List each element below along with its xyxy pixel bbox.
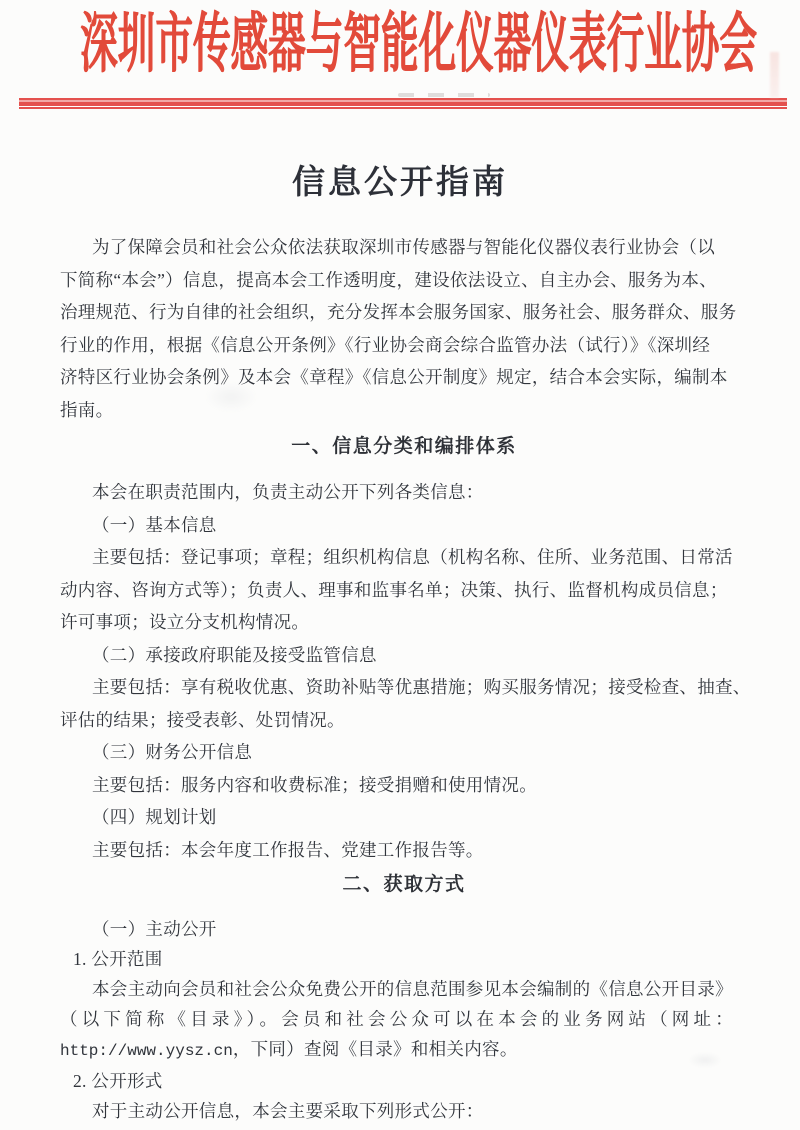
url-line-rest: ，下同）查阅《目录》和相关内容。 xyxy=(233,1039,518,1059)
text-line: 指南。 xyxy=(60,394,748,427)
section-1-body: 本会在职责范围内，负责主动公开下列各类信息： （一）基本信息 主要包括：登记事项… xyxy=(60,476,748,866)
text-line: 本会主动向会员和社会公众免费公开的信息范围参见本会编制的《信息公开目录》 xyxy=(60,974,748,1004)
text-line: 济特区行业协会条例》及本会《章程》《信息公开制度》规定，结合本会实际，编制本 xyxy=(60,361,748,394)
website-url-text: http://www.yysz.cn xyxy=(60,1042,233,1060)
text-line: 为了保障会员和社会公众依法获取深圳市传感器与智能化仪器仪表行业协会（以 xyxy=(60,231,748,264)
section-2-body: （一）主动公开 1. 公开范围 本会主动向会员和社会公众免费公开的信息范围参见本… xyxy=(60,914,748,1126)
text-line: 许可事项；设立分支机构情况。 xyxy=(60,606,748,639)
text-line: 主要包括：享有税收优惠、资助补贴等优惠措施；购买服务情况；接受检查、抽查、 xyxy=(60,671,748,704)
scan-artifact-dashes xyxy=(398,93,490,97)
text-line: 2. 公开形式 xyxy=(60,1066,748,1096)
text-line: 1. 公开范围 xyxy=(60,944,748,974)
text-line: （四）规划计划 xyxy=(60,801,748,834)
text-line: 主要包括：登记事项；章程；组织机构信息（机构名称、住所、业务范围、日常活 xyxy=(60,541,748,574)
scanned-document-page: 深圳市传感器与智能化仪器仪表行业协会 信息公开指南 为了保障会员和社会公众依法获… xyxy=(0,0,800,1130)
text-line: 主要包括：本会年度工作报告、党建工作报告等。 xyxy=(60,834,748,867)
text-line: 下简称“本会”）信息，提高本会工作透明度，建设依法设立、自主办会、服务为本、 xyxy=(60,264,748,297)
text-line: 动内容、咨询方式等）；负责人、理事和监事名单；决策、执行、监督机构成员信息； xyxy=(60,574,748,607)
text-line: 行业的作用，根据《信息公开条例》《行业协会商会综合监管办法（试行）》《深圳经 xyxy=(60,329,748,362)
text-line: （一）基本信息 xyxy=(60,509,748,542)
text-line: （一）主动公开 xyxy=(60,914,748,944)
text-line: 本会在职责范围内，负责主动公开下列各类信息： xyxy=(60,476,748,509)
section-1-heading: 一、信息分类和编排体系 xyxy=(60,434,748,460)
text-line: （三）财务公开信息 xyxy=(60,736,748,769)
text-line: 对于主动公开信息，本会主要采取下列形式公开： xyxy=(60,1096,748,1126)
text-line: 主要包括：服务内容和收费标准；接受捐赠和使用情况。 xyxy=(60,769,748,802)
text-line: 治理规范、行为自律的社会组织，充分发挥本会服务国家、服务社会、服务群众、服务 xyxy=(60,296,748,329)
letterhead-divider-rule xyxy=(19,98,787,109)
scan-artifact-smear xyxy=(770,52,779,98)
section-2-heading: 二、获取方式 xyxy=(60,872,748,898)
document-body: 为了保障会员和社会公众依法获取深圳市传感器与智能化仪器仪表行业协会（以 下简称“… xyxy=(0,231,800,1126)
intro-paragraph: 为了保障会员和社会公众依法获取深圳市传感器与智能化仪器仪表行业协会（以 下简称“… xyxy=(60,231,748,426)
text-line: （二）承接政府职能及接受监管信息 xyxy=(60,639,748,672)
organization-letterhead-title: 深圳市传感器与智能化仪器仪表行业协会 xyxy=(80,13,720,78)
text-line: （以下简称《目录》）。会员和社会公众可以在本会的业务网站（网址： xyxy=(60,1004,748,1034)
text-line-with-url: http://www.yysz.cn，下同）查阅《目录》和相关内容。 xyxy=(60,1034,748,1066)
text-line: 评估的结果；接受表彰、处罚情况。 xyxy=(60,704,748,737)
document-title: 信息公开指南 xyxy=(0,166,800,200)
